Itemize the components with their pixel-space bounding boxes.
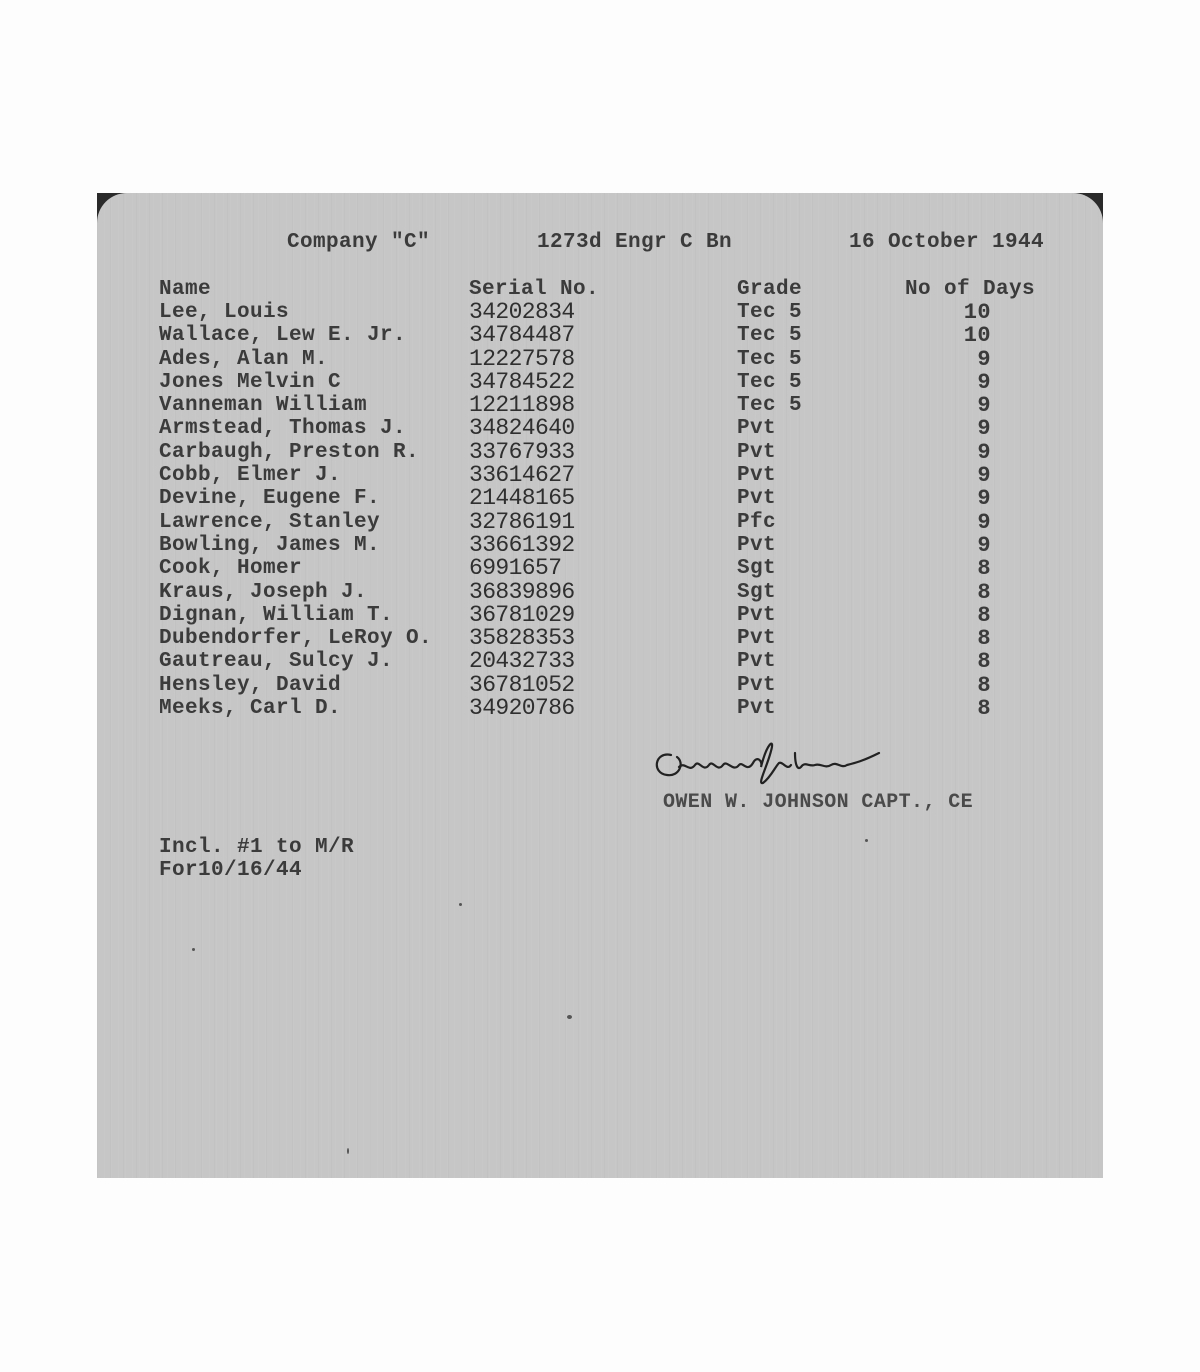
table-row: Hensley, David36781052Pvt8: [97, 674, 1103, 697]
column-header-serial: Serial No.: [469, 278, 599, 301]
name-cell: Lawrence, Stanley: [159, 511, 380, 534]
company-heading: Company "C": [287, 231, 430, 254]
grade-cell: Sgt: [737, 557, 776, 580]
days-cell: 10: [945, 301, 991, 324]
handwritten-signature: [649, 733, 889, 793]
table-row: Wallace, Lew E. Jr.34784487Tec 510: [97, 324, 1103, 347]
name-cell: Ades, Alan M.: [159, 348, 328, 371]
days-cell: 9: [945, 464, 991, 487]
grade-cell: Pvt: [737, 674, 776, 697]
serial-cell: 32786191: [469, 511, 575, 534]
days-cell: 9: [945, 348, 991, 371]
grade-cell: Sgt: [737, 581, 776, 604]
column-header-name: Name: [159, 278, 211, 301]
days-cell: 8: [945, 604, 991, 627]
days-cell: 8: [945, 697, 991, 720]
date-heading: 16 October 1944: [849, 231, 1044, 254]
grade-cell: Pvt: [737, 441, 776, 464]
serial-cell: 21448165: [469, 487, 575, 510]
table-row: Lawrence, Stanley32786191Pfc9: [97, 511, 1103, 534]
serial-cell: 34784522: [469, 371, 575, 394]
grade-cell: Pvt: [737, 627, 776, 650]
inclosure-note: Incl. #1 to M/R: [159, 836, 354, 859]
grade-cell: Pvt: [737, 464, 776, 487]
grade-cell: Tec 5: [737, 324, 802, 347]
serial-cell: 34920786: [469, 697, 575, 720]
grade-cell: Tec 5: [737, 301, 802, 324]
paper-speck: [865, 839, 868, 842]
paper-speck: [347, 1148, 349, 1154]
grade-cell: Tec 5: [737, 348, 802, 371]
paper-speck: [192, 948, 195, 951]
table-row: Devine, Eugene F.21448165Pvt9: [97, 487, 1103, 510]
grade-cell: Pvt: [737, 534, 776, 557]
name-cell: Cobb, Elmer J.: [159, 464, 341, 487]
days-cell: 9: [945, 417, 991, 440]
days-cell: 9: [945, 441, 991, 464]
days-cell: 9: [945, 511, 991, 534]
serial-cell: 35828353: [469, 627, 575, 650]
table-row: Ades, Alan M.12227578Tec 59: [97, 348, 1103, 371]
days-cell: 8: [945, 557, 991, 580]
grade-cell: Pvt: [737, 650, 776, 673]
table-row: Jones Melvin C34784522Tec 59: [97, 371, 1103, 394]
column-header-days: No of Days: [905, 278, 1035, 301]
serial-cell: 6991657: [469, 557, 561, 580]
name-cell: Carbaugh, Preston R.: [159, 441, 419, 464]
name-cell: Devine, Eugene F.: [159, 487, 380, 510]
serial-cell: 36781052: [469, 674, 575, 697]
serial-cell: 34784487: [469, 324, 575, 347]
table-row: Kraus, Joseph J.36839896Sgt8: [97, 581, 1103, 604]
grade-cell: Pvt: [737, 604, 776, 627]
serial-cell: 20432733: [469, 650, 575, 673]
grade-cell: Tec 5: [737, 394, 802, 417]
name-cell: Armstead, Thomas J.: [159, 417, 406, 440]
serial-cell: 36839896: [469, 581, 575, 604]
paper-speck: [567, 1015, 572, 1019]
serial-cell: 33614627: [469, 464, 575, 487]
days-cell: 9: [945, 394, 991, 417]
serial-cell: 36781029: [469, 604, 575, 627]
days-cell: 9: [945, 371, 991, 394]
name-cell: Wallace, Lew E. Jr.: [159, 324, 406, 347]
roster-table: Lee, Louis34202834Tec 510 Wallace, Lew E…: [97, 301, 1103, 720]
days-cell: 10: [945, 324, 991, 347]
name-cell: Vanneman William: [159, 394, 367, 417]
paper-speck: [459, 903, 462, 906]
days-cell: 9: [945, 534, 991, 557]
days-cell: 8: [945, 650, 991, 673]
table-row: Meeks, Carl D.34920786Pvt8: [97, 697, 1103, 720]
days-cell: 8: [945, 627, 991, 650]
grade-cell: Pvt: [737, 417, 776, 440]
table-row: Vanneman William12211898Tec 59: [97, 394, 1103, 417]
table-row: Gautreau, Sulcy J.20432733Pvt8: [97, 650, 1103, 673]
name-cell: Bowling, James M.: [159, 534, 380, 557]
serial-cell: 33661392: [469, 534, 575, 557]
column-header-grade: Grade: [737, 278, 802, 301]
table-row: Lee, Louis34202834Tec 510: [97, 301, 1103, 324]
name-cell: Dubendorfer, LeRoy O.: [159, 627, 432, 650]
serial-cell: 12227578: [469, 348, 575, 371]
grade-cell: Pvt: [737, 697, 776, 720]
inclosure-date: For10/16/44: [159, 859, 302, 882]
grade-cell: Tec 5: [737, 371, 802, 394]
typed-roster-page: Company "C" 1273d Engr C Bn 16 October 1…: [97, 193, 1103, 1178]
signatory-name: OWEN W. JOHNSON CAPT., CE: [663, 791, 973, 814]
name-cell: Dignan, William T.: [159, 604, 393, 627]
serial-cell: 34202834: [469, 301, 575, 324]
table-row: Armstead, Thomas J.34824640Pvt9: [97, 417, 1103, 440]
table-row: Carbaugh, Preston R.33767933Pvt9: [97, 441, 1103, 464]
name-cell: Hensley, David: [159, 674, 341, 697]
days-cell: 8: [945, 674, 991, 697]
name-cell: Cook, Homer: [159, 557, 302, 580]
name-cell: Kraus, Joseph J.: [159, 581, 367, 604]
name-cell: Gautreau, Sulcy J.: [159, 650, 393, 673]
serial-cell: 33767933: [469, 441, 575, 464]
grade-cell: Pvt: [737, 487, 776, 510]
name-cell: Lee, Louis: [159, 301, 289, 324]
table-row: Cook, Homer6991657Sgt8: [97, 557, 1103, 580]
name-cell: Jones Melvin C: [159, 371, 341, 394]
table-row: Bowling, James M.33661392Pvt9: [97, 534, 1103, 557]
unit-heading: 1273d Engr C Bn: [537, 231, 732, 254]
serial-cell: 34824640: [469, 417, 575, 440]
days-cell: 9: [945, 487, 991, 510]
days-cell: 8: [945, 581, 991, 604]
table-row: Dubendorfer, LeRoy O.35828353Pvt8: [97, 627, 1103, 650]
table-row: Cobb, Elmer J.33614627Pvt9: [97, 464, 1103, 487]
grade-cell: Pfc: [737, 511, 776, 534]
table-row: Dignan, William T.36781029Pvt8: [97, 604, 1103, 627]
serial-cell: 12211898: [469, 394, 575, 417]
name-cell: Meeks, Carl D.: [159, 697, 341, 720]
